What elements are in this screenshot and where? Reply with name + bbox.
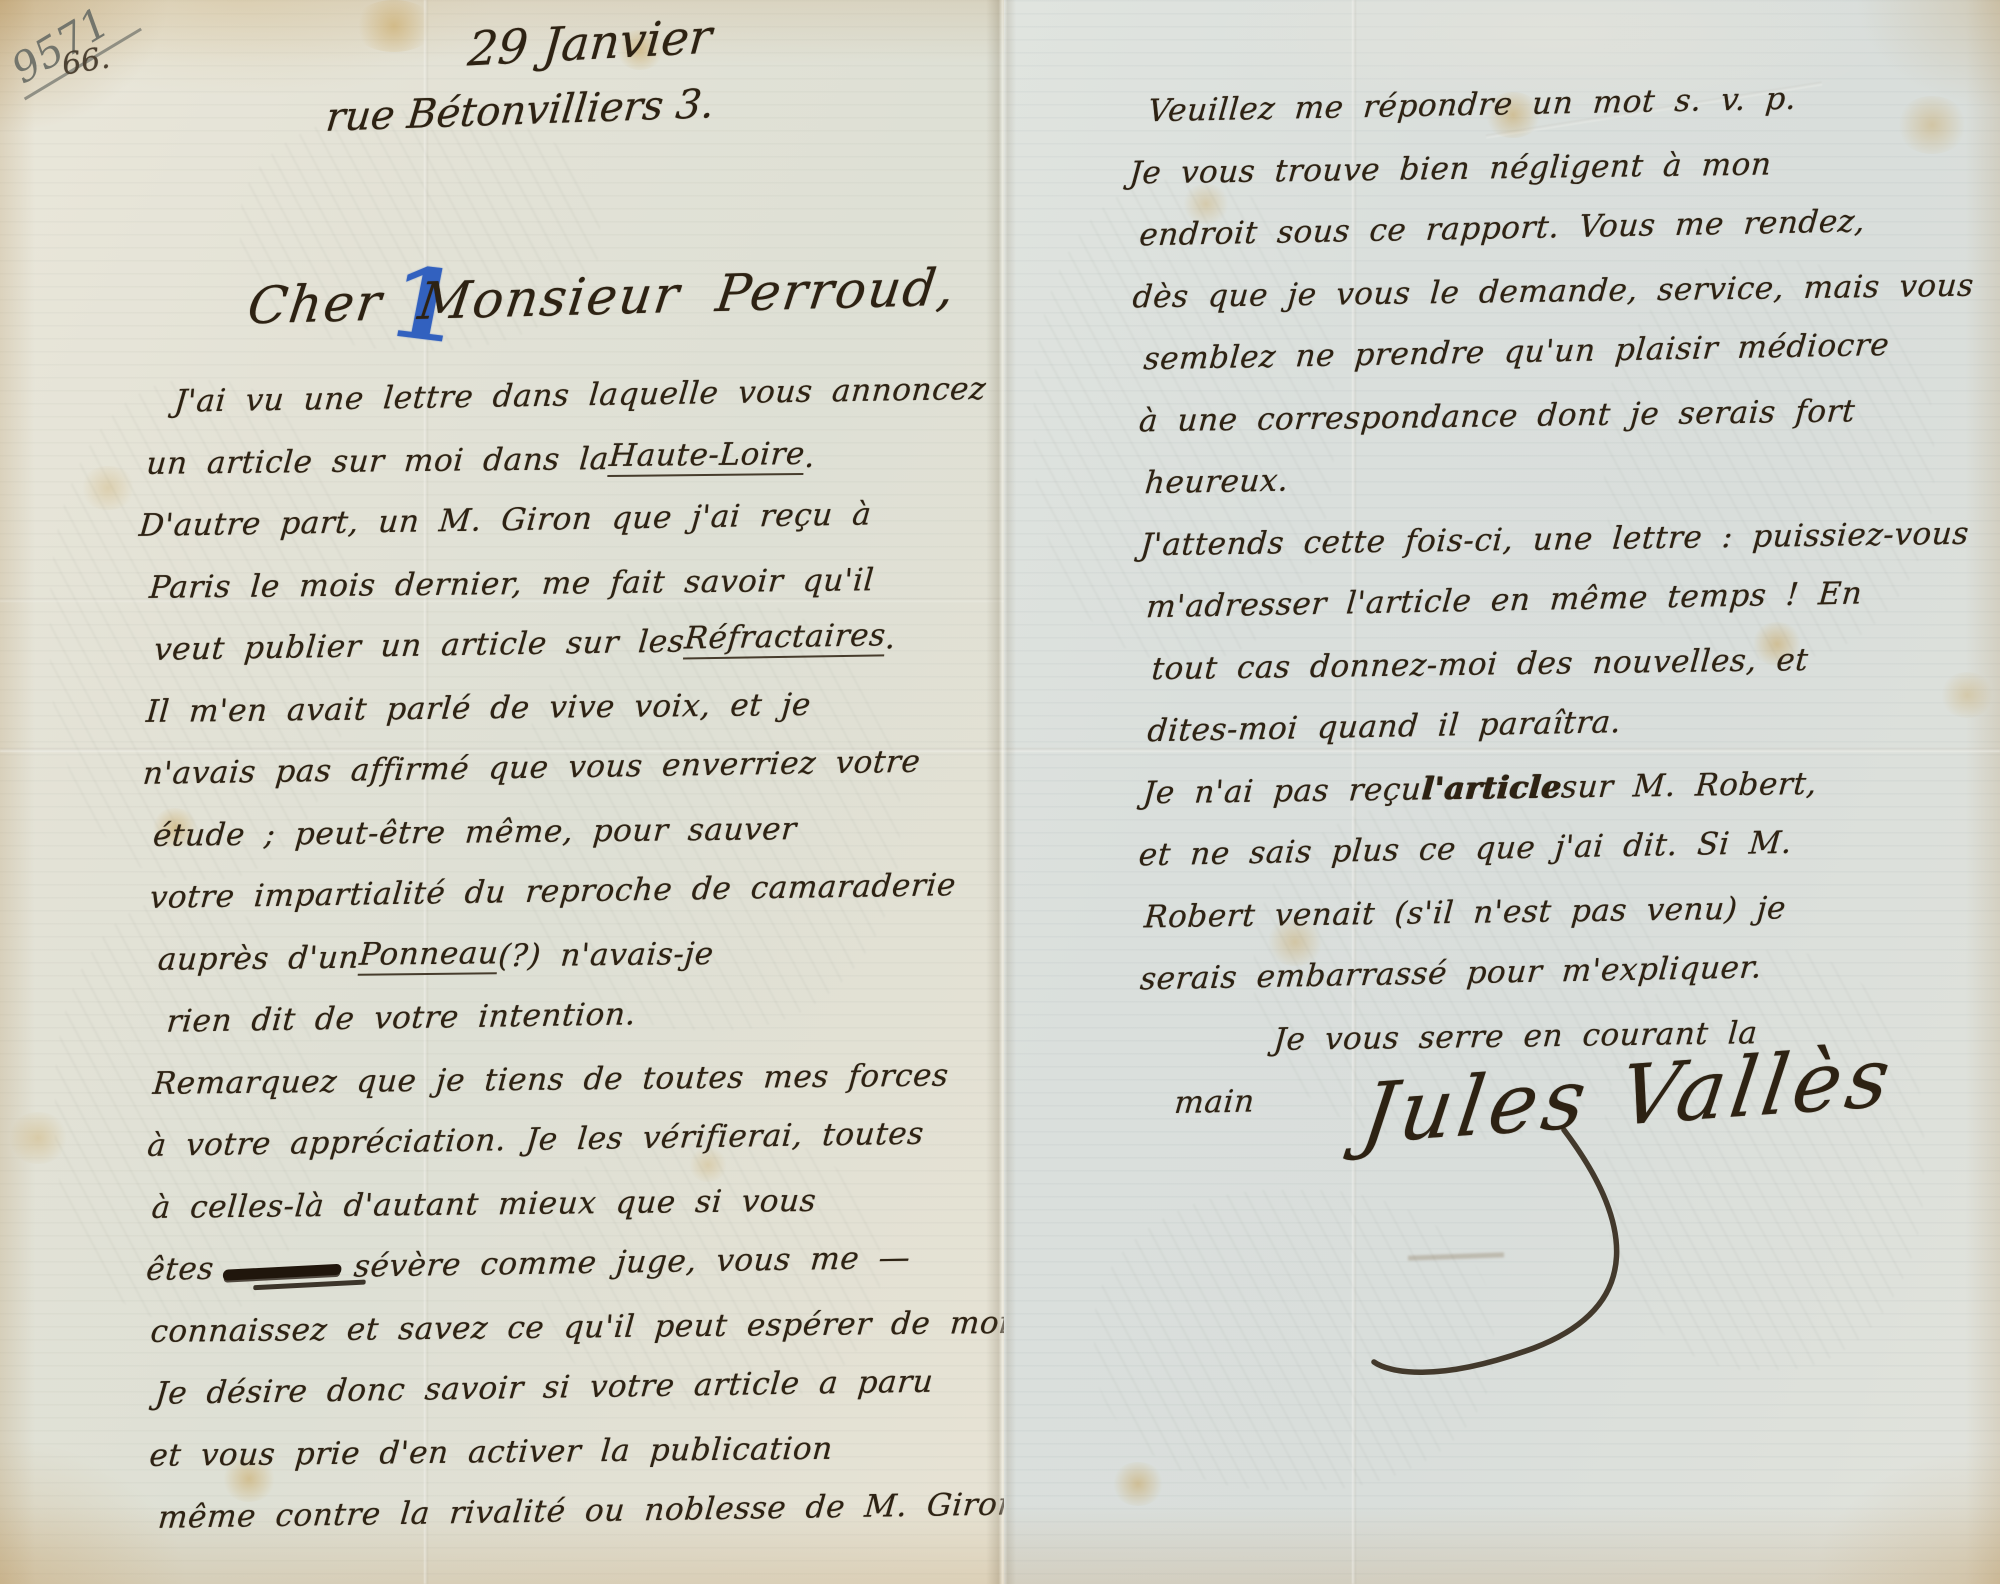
text-segment: votre impartialité du reproche de camara…: [148, 867, 957, 916]
strikeout-mark: [223, 1264, 342, 1281]
text-segment: semblez ne prendre qu'un plaisir médiocr…: [1142, 327, 1891, 377]
text-segment: sévère comme juge, vous me —: [352, 1240, 912, 1285]
text-segment: dites-moi quand il paraîtra.: [1146, 704, 1623, 749]
text-segment: Je n'ai pas reçu: [1142, 771, 1423, 811]
ink-showthrough: [1094, 1190, 1494, 1490]
text-segment: étude ; peut-être même, pour sauver: [152, 811, 798, 854]
manuscript-line: veut publier un article sur les Réfracta…: [152, 598, 984, 673]
manuscript-line: même contre la rivalité ou noblesse de M…: [156, 1466, 990, 1541]
stain: [352, 0, 436, 52]
stain: [1112, 1462, 1164, 1506]
manuscript-line: J'ai vu une lettre dans laquelle vous an…: [172, 350, 982, 425]
text-segment: Je vous trouve bien négligent à mon: [1128, 146, 1773, 191]
text-segment: .: [884, 620, 898, 656]
text-segment: Il m'en avait parlé de vive voix, et je: [145, 687, 812, 730]
text-segment: à votre appréciation. Je les vérifierai,…: [146, 1116, 926, 1164]
text-segment: Veuillez me répondre un mot s. v. p.: [1147, 81, 1798, 129]
text-segment: .: [803, 439, 816, 475]
text-segment: main: [1173, 1083, 1256, 1121]
stain: [8, 1112, 68, 1164]
archival-ink-number: 66.: [60, 40, 113, 82]
text-segment: êtes: [145, 1251, 216, 1288]
text-segment: endroit sous ce rapport. Vous me rendez,: [1138, 203, 1867, 253]
stain: [80, 466, 136, 510]
letter-page-1: 9571 66. 1 29 Janvier rue Bétonvilliers …: [0, 0, 1004, 1584]
signature-flourish: [1204, 1100, 1904, 1430]
date-line: 29 Janvier: [466, 9, 714, 77]
text-segment: J'ai vu une lettre dans laquelle vous an…: [173, 371, 988, 420]
manuscript-line: Veuillez me répondre un mot s. v. p.: [1146, 56, 1985, 134]
manuscript-line: D'autre part, un M. Giron que j'ai reçu …: [137, 474, 983, 549]
overwritten-word: l'article: [1420, 769, 1562, 807]
text-segment: veut publier un article sur les: [153, 623, 687, 667]
manuscript-line: à votre appréciation. Je les vérifierai,…: [146, 1094, 988, 1169]
underlined-title: Haute-Loire: [608, 436, 807, 477]
text-segment: serais embarrassé pour m'expliquer.: [1139, 949, 1764, 997]
pencil-dash-mark: [1408, 1252, 1504, 1260]
text-segment: et vous prie d'en activer la publication: [148, 1431, 834, 1474]
text-segment: heureux.: [1143, 463, 1290, 502]
text-segment: Robert venait (s'il n'est pas venu) je: [1143, 890, 1787, 935]
text-segment: tout cas donnez-moi des nouvelles, et: [1150, 642, 1809, 687]
text-segment: auprès d'un: [157, 940, 361, 978]
underlined-title: Réfractaires: [683, 617, 888, 659]
address-line: rue Bétonvilliers 3.: [324, 81, 717, 141]
page1-body: J'ai vu une lettre dans laquelle vous an…: [136, 357, 984, 1541]
salutation: Cher Monsieur Perroud,: [244, 259, 959, 337]
manuscript-line: êtessévère comme juge, vous me —: [144, 1218, 988, 1293]
text-segment: (?) n'avais-je: [497, 936, 715, 974]
text-segment: D'autre part, un M. Giron que j'ai reçu …: [138, 496, 873, 544]
text-segment: même contre la rivalité ou noblesse de M…: [157, 1486, 1031, 1536]
letter-scan: 9571 66. 1 29 Janvier rue Bétonvilliers …: [0, 0, 2000, 1584]
text-segment: à celles-là d'autant mieux que si vous: [150, 1183, 817, 1226]
text-segment: n'avais pas affirmé que vous enverriez v…: [141, 744, 922, 792]
text-segment: sur M. Robert,: [1560, 766, 1818, 806]
manuscript-line: Je désire donc savoir si votre article a…: [153, 1342, 989, 1417]
text-segment: Paris le mois dernier, me fait savoir qu…: [148, 562, 876, 606]
manuscript-line: n'avais pas affirmé que vous enverriez v…: [141, 722, 985, 797]
text-segment: rien dit de votre intention.: [165, 996, 638, 1039]
text-segment: m'adresser l'article en même temps ! En: [1145, 576, 1864, 626]
text-segment: Je désire donc savoir si votre article a…: [154, 1364, 935, 1412]
manuscript-line: rien dit de votre intention.: [165, 970, 987, 1045]
underlined-name: Ponneau: [358, 935, 500, 975]
letter-page-2: Veuillez me répondre un mot s. v. p. Je …: [1004, 0, 2000, 1584]
page2-body: Veuillez me répondre un mot s. v. p. Je …: [1119, 64, 1990, 1127]
text-segment: et ne sais plus ce que j'ai dit. Si M.: [1137, 825, 1793, 874]
text-segment: un article sur moi dans la: [145, 441, 610, 482]
manuscript-line: votre impartialité du reproche de camara…: [148, 846, 986, 921]
